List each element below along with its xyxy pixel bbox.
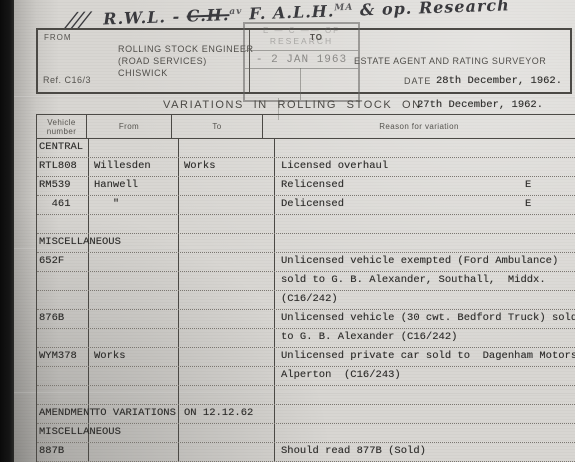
table-row: (C16/242) bbox=[37, 291, 575, 310]
reference-number: Ref. C16/3 bbox=[43, 75, 91, 85]
to-cell bbox=[179, 424, 275, 442]
title-row: VARIATIONS IN ROLLING STOCK ON 27th Dece… bbox=[0, 98, 575, 114]
to-cell: Works bbox=[179, 158, 275, 176]
sender-line2: (ROAD SERVICES) bbox=[118, 55, 254, 67]
flag-value: E bbox=[525, 196, 531, 213]
reason-cell: Unlicensed private car sold to Dagenham … bbox=[275, 348, 575, 366]
stamp-org-line2: RESEARCH bbox=[245, 36, 358, 46]
vehicle-cell: CENTRAL bbox=[37, 139, 89, 157]
reason-cell: RelicensedE bbox=[275, 177, 575, 195]
from-cell bbox=[89, 386, 179, 404]
reason-cell: Alperton (C16/243) bbox=[275, 367, 575, 385]
to-cell bbox=[179, 443, 275, 461]
reason-cell: Licensed overhaul bbox=[275, 158, 575, 176]
to-cell bbox=[179, 234, 275, 252]
handwritten-struck: C.H. bbox=[186, 5, 229, 25]
to-cell bbox=[179, 272, 275, 290]
to-cell bbox=[179, 291, 275, 309]
table-row: WYM378WorksUnlicensed private car sold t… bbox=[37, 348, 575, 367]
document-title: VARIATIONS IN ROLLING STOCK ON bbox=[163, 99, 422, 111]
to-cell bbox=[179, 329, 275, 347]
table-row: 652FUnlicensed vehicle exempted (Ford Am… bbox=[37, 253, 575, 272]
reason-cell: Unlicensed vehicle exempted (Ford Ambula… bbox=[275, 253, 575, 271]
table-row bbox=[37, 215, 575, 234]
to-cell bbox=[179, 177, 275, 195]
from-cell bbox=[89, 139, 179, 157]
stamp-org-line1: E — C —— OF bbox=[245, 26, 358, 35]
from-cell bbox=[89, 291, 179, 309]
scanner-black-edge bbox=[0, 0, 14, 462]
stamp-rule bbox=[245, 50, 358, 51]
table-row: Alperton (C16/243) bbox=[37, 367, 575, 386]
table-row: 876BUnlicensed vehicle (30 cwt. Bedford … bbox=[37, 310, 575, 329]
flag-value: E bbox=[525, 177, 531, 194]
column-header-vehicle: Vehicle number bbox=[37, 115, 87, 138]
from-label: FROM bbox=[44, 33, 72, 42]
document-title-date: 27th December, 1962. bbox=[417, 99, 543, 111]
to-cell bbox=[179, 386, 275, 404]
reason-cell bbox=[275, 386, 575, 404]
vehicle-cell: 887B bbox=[37, 443, 89, 461]
from-cell bbox=[89, 253, 179, 271]
vehicle-cell: RTL808 bbox=[37, 158, 89, 176]
to-cell bbox=[179, 367, 275, 385]
table-row: 887BShould read 877B (Sold) bbox=[37, 443, 575, 462]
reason-cell bbox=[275, 215, 575, 233]
sender-address: ROLLING STOCK ENGINEER (ROAD SERVICES) C… bbox=[118, 43, 254, 79]
reason-cell: Should read 877B (Sold) bbox=[275, 443, 575, 461]
stamp-rule bbox=[245, 68, 358, 69]
table-row: AMENDMENTTO VARIATIONSON 12.12.62 bbox=[37, 405, 575, 424]
handwritten-sup2: MA bbox=[334, 2, 353, 13]
from-cell bbox=[89, 424, 179, 442]
handwritten-sup1: av bbox=[229, 6, 242, 16]
column-header-reason: Reason for variation bbox=[263, 115, 575, 138]
scanned-memo: /// R.W.L. - C.H.av F. A.L.H.MA & op. Re… bbox=[0, 0, 575, 462]
to-cell: ON 12.12.62 bbox=[179, 405, 275, 423]
from-cell bbox=[89, 234, 179, 252]
stamp-date: - 2 JAN 1963 bbox=[245, 54, 358, 66]
from-cell bbox=[89, 443, 179, 461]
table-row: RM539HanwellRelicensedE bbox=[37, 177, 575, 196]
reason-cell: to G. B. Alexander (C16/242) bbox=[275, 329, 575, 347]
table-body: CENTRALRTL808WillesdenWorksLicensed over… bbox=[37, 139, 575, 462]
vehicle-cell: MISCELLANEOUS bbox=[37, 424, 89, 442]
vehicle-cell: RM539 bbox=[37, 177, 89, 195]
vehicle-cell bbox=[37, 291, 89, 309]
stamp-divider bbox=[300, 68, 301, 100]
to-cell bbox=[179, 253, 275, 271]
from-cell bbox=[89, 215, 179, 233]
vehicle-cell: 461 bbox=[37, 196, 89, 214]
from-cell bbox=[89, 367, 179, 385]
table-row: CENTRAL bbox=[37, 139, 575, 158]
table-row: sold to G. B. Alexander, Southall, Middx… bbox=[37, 272, 575, 291]
from-cell: Hanwell bbox=[89, 177, 179, 195]
table-row bbox=[37, 386, 575, 405]
from-cell: Willesden bbox=[89, 158, 179, 176]
vehicle-cell bbox=[37, 215, 89, 233]
received-stamp: E — C —— OF RESEARCH - 2 JAN 1963 bbox=[243, 22, 360, 102]
vehicle-cell bbox=[37, 272, 89, 290]
column-header-from: From bbox=[87, 115, 172, 138]
vehicle-cell bbox=[37, 367, 89, 385]
to-cell bbox=[179, 310, 275, 328]
from-cell bbox=[89, 329, 179, 347]
variations-table: Vehicle number From To Reason for variat… bbox=[36, 114, 575, 462]
reason-cell bbox=[275, 405, 575, 423]
reason-cell: (C16/242) bbox=[275, 291, 575, 309]
vehicle-cell: AMENDMENT bbox=[37, 405, 89, 423]
reason-cell: sold to G. B. Alexander, Southall, Middx… bbox=[275, 272, 575, 290]
from-cell bbox=[89, 310, 179, 328]
recipient: ESTATE AGENT AND RATING SURVEYOR bbox=[354, 56, 546, 66]
vehicle-cell bbox=[37, 386, 89, 404]
reason-cell: Unlicensed vehicle (30 cwt. Bedford Truc… bbox=[275, 310, 575, 328]
table-row: 461 "DelicensedE bbox=[37, 196, 575, 215]
from-cell bbox=[89, 272, 179, 290]
vehicle-cell: 652F bbox=[37, 253, 89, 271]
to-cell bbox=[179, 215, 275, 233]
reason-cell: DelicensedE bbox=[275, 196, 575, 214]
column-header-to: To bbox=[172, 115, 263, 138]
reason-cell bbox=[275, 234, 575, 252]
vehicle-cell bbox=[37, 329, 89, 347]
table-row: MISCELLANEOUS bbox=[37, 234, 575, 253]
vehicle-cell: MISCELLANEOUS bbox=[37, 234, 89, 252]
handwritten-part2: F. A.L.H. bbox=[249, 1, 335, 23]
vehicle-cell: WYM378 bbox=[37, 348, 89, 366]
vehicle-cell: 876B bbox=[37, 310, 89, 328]
handwritten-part1: R.W.L. - bbox=[103, 7, 181, 29]
from-cell: Works bbox=[89, 348, 179, 366]
sender-line3: CHISWICK bbox=[118, 67, 254, 79]
date-value: 28th December, 1962. bbox=[436, 75, 562, 87]
sender-line1: ROLLING STOCK ENGINEER bbox=[118, 43, 254, 55]
to-cell bbox=[179, 139, 275, 157]
table-header-row: Vehicle number From To Reason for variat… bbox=[37, 115, 575, 139]
to-cell bbox=[179, 348, 275, 366]
date-label: DATE bbox=[404, 76, 431, 86]
reason-cell bbox=[275, 139, 575, 157]
from-cell: TO VARIATIONS bbox=[89, 405, 179, 423]
to-cell bbox=[179, 196, 275, 214]
table-row: RTL808WillesdenWorksLicensed overhaul bbox=[37, 158, 575, 177]
reason-cell bbox=[275, 424, 575, 442]
from-cell: " bbox=[89, 196, 179, 214]
table-row: to G. B. Alexander (C16/242) bbox=[37, 329, 575, 348]
table-row: MISCELLANEOUS bbox=[37, 424, 575, 443]
